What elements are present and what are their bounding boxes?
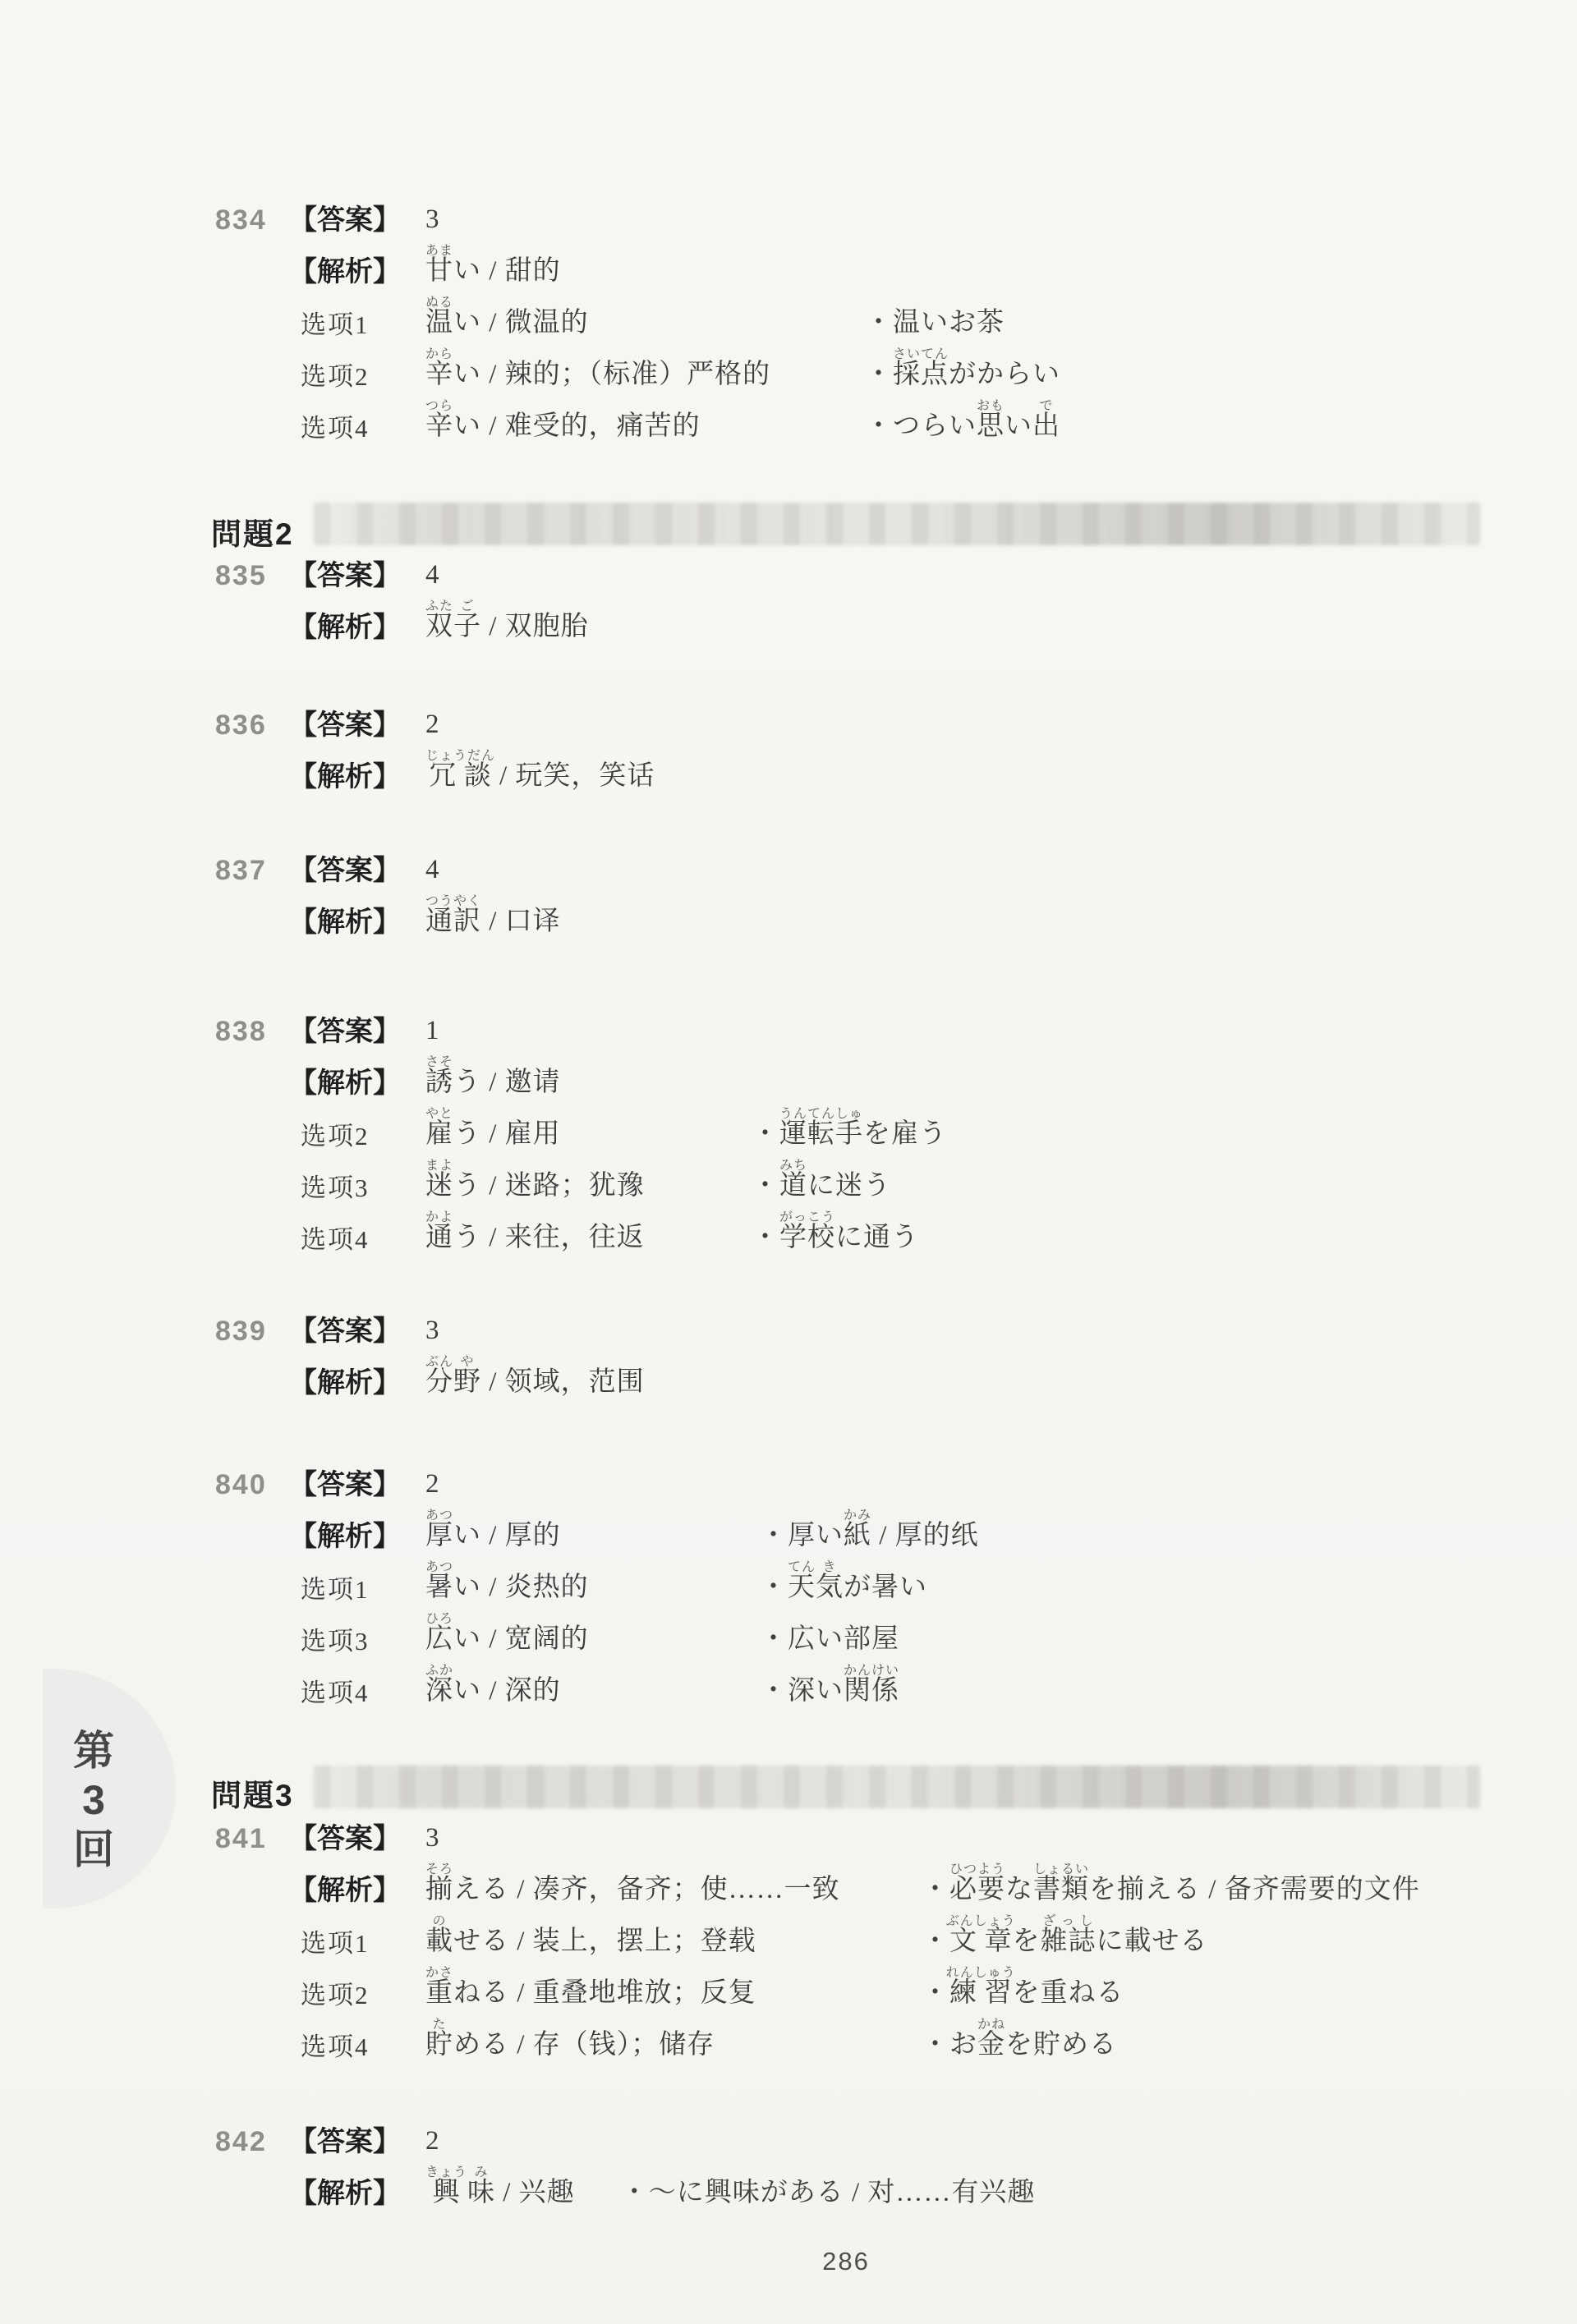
entry-number: 836 (215, 711, 289, 739)
answer-row: 840 【答案】 2 (215, 1464, 1570, 1499)
chapter-tab-char: 回 (73, 1828, 114, 1871)
example-text: ・練習れんしゅうを重ねる (922, 1966, 1124, 2008)
option-row: 选项4 深ふかい / 深的 ・深い関係かんけい (215, 1654, 1570, 1706)
show-through-band (314, 503, 1480, 545)
entry-number: 835 (215, 562, 289, 590)
option-text: 載のせる / 装上，摆上；登载 (425, 1914, 756, 1956)
option-text: 辛からい / 辣的；（标准）严格的 (425, 347, 770, 389)
section-title-mondai3: 問題3 (211, 1771, 294, 1815)
entry-837: 837 【答案】 4 【解析】 通訳つうやく / 口译 (215, 850, 1570, 936)
explain-label: 【解析】 (289, 258, 419, 286)
page-number: 286 (784, 2247, 908, 2276)
chapter-tab-char: 第 (73, 1729, 114, 1772)
answer-label: 【答案】 (289, 711, 419, 739)
explain-text: 分ぶん野や / 领域，范围 (425, 1355, 645, 1397)
entry-number: 840 (215, 1471, 289, 1499)
entry-number: 837 (215, 857, 289, 884)
explain-label: 【解析】 (289, 1069, 419, 1097)
option-text: 広ひろい / 宽阔的 (425, 1612, 589, 1654)
example-text: ・お金かねを貯める (922, 2018, 1117, 2060)
example-text: ・道みちに迷う (752, 1159, 891, 1201)
answer-value: 4 (425, 560, 440, 590)
option-label: 选项1 (289, 1577, 419, 1602)
option-label: 选项1 (289, 312, 419, 338)
option-label: 选项2 (289, 364, 419, 389)
entry-834: 834 【答案】 3 【解析】 甘あまい / 甜的 选项1 温ぬるい / 微温的… (215, 200, 1570, 441)
option-row: 选项3 広ひろい / 宽阔的 ・広い部屋 (215, 1602, 1570, 1654)
explain-text: 甘あまい / 甜的 (425, 244, 561, 286)
example-text: ・広い部屋 (760, 1624, 899, 1654)
answer-row: 841 【答案】 3 (215, 1818, 1570, 1853)
entry-number: 834 (215, 206, 289, 234)
option-label: 选项4 (289, 1227, 419, 1252)
answer-label: 【答案】 (289, 1017, 419, 1045)
explain-row: 【解析】 厚あつい / 厚的 ・厚い紙かみ / 厚的纸 (215, 1499, 1570, 1550)
option-row: 选项2 辛からい / 辣的；（标准）严格的 ・採点さいてんがからい (215, 338, 1570, 389)
option-text: 温ぬるい / 微温的 (425, 296, 589, 338)
explain-text: 誘さそう / 邀请 (425, 1055, 561, 1097)
option-text: 迷まよう / 迷路；犹豫 (425, 1159, 645, 1201)
entry-number: 841 (215, 1825, 289, 1853)
option-label: 选项4 (289, 416, 419, 441)
explain-row: 【解析】 誘さそう / 邀请 (215, 1045, 1570, 1097)
chapter-tab-char: 3 (82, 1779, 105, 1821)
option-label: 选项1 (289, 1931, 419, 1956)
option-row: 选项4 貯ためる / 存（钱）；储存 ・お金かねを貯める (215, 2008, 1570, 2060)
explain-row: 【解析】 分ぶん野や / 领域，范围 (215, 1345, 1570, 1397)
answer-row: 834 【答案】 3 (215, 200, 1570, 234)
option-row: 选项2 重かさねる / 重叠地堆放；反复 ・練習れんしゅうを重ねる (215, 1956, 1570, 2008)
option-text: 貯ためる / 存（钱）；储存 (425, 2018, 715, 2060)
answer-row: 837 【答案】 4 (215, 850, 1570, 884)
option-label: 选项2 (289, 1982, 419, 2008)
option-label: 选项4 (289, 2034, 419, 2060)
entry-number: 838 (215, 1017, 289, 1045)
explain-row: 【解析】 甘あまい / 甜的 (215, 234, 1570, 286)
option-row: 选项3 迷まよう / 迷路；犹豫 ・道みちに迷う (215, 1149, 1570, 1201)
explain-text: 通訳つうやく / 口译 (425, 894, 561, 936)
explain-label: 【解析】 (289, 1369, 419, 1397)
page-container: { "page": {"number": "286"}, "side_tab":… (0, 0, 1577, 2324)
answer-label: 【答案】 (289, 206, 419, 234)
example-text: ・運転手うんてんしゅを雇う (752, 1107, 947, 1149)
entry-836: 836 【答案】 2 【解析】 冗談じょうだん / 玩笑，笑话 (215, 705, 1570, 791)
example-text: ・深い関係かんけい (760, 1664, 899, 1706)
answer-value: 4 (425, 855, 440, 884)
explain-text: 興きょう味み / 兴趣 (425, 2166, 575, 2207)
chapter-tab-label: 第 3 回 (67, 1729, 120, 1871)
explain-text: 揃そろえる / 凑齐，备齐；使……一致 (425, 1862, 840, 1904)
answer-value: 1 (425, 1016, 440, 1045)
answer-label: 【答案】 (289, 562, 419, 590)
answer-label: 【答案】 (289, 857, 419, 884)
explain-text: 双ふた子ご / 双胞胎 (425, 599, 589, 641)
option-label: 选项3 (289, 1175, 419, 1201)
section-title-mondai2: 問題2 (211, 509, 294, 553)
explain-row: 【解析】 冗談じょうだん / 玩笑，笑话 (215, 739, 1570, 791)
answer-row: 838 【答案】 1 (215, 1011, 1570, 1045)
example-text: ・学校がっこうに通う (752, 1210, 919, 1252)
entry-839: 839 【答案】 3 【解析】 分ぶん野や / 领域，范围 (215, 1311, 1570, 1397)
example-text: ・必要ひつような書類しょるいを揃える / 备齐需要的文件 (922, 1862, 1420, 1904)
show-through-band (314, 1766, 1480, 1808)
option-label: 选项3 (289, 1628, 419, 1654)
option-text: 辛つらい / 难受的，痛苦的 (425, 399, 701, 441)
explain-row: 【解析】 興きょう味み / 兴趣 ・〜に興味がある / 对……有兴趣 (215, 2156, 1570, 2207)
option-label: 选项4 (289, 1680, 419, 1706)
entry-842: 842 【答案】 2 【解析】 興きょう味み / 兴趣 ・〜に興味がある / 对… (215, 2121, 1570, 2207)
option-text: 深ふかい / 深的 (425, 1664, 561, 1706)
answer-value: 2 (425, 2126, 440, 2156)
option-row: 选项1 暑あつい / 炎热的 ・天てん気きが暑い (215, 1550, 1570, 1602)
example-text: ・温いお茶 (865, 308, 1005, 338)
entry-840: 840 【答案】 2 【解析】 厚あつい / 厚的 ・厚い紙かみ / 厚的纸 选… (215, 1464, 1570, 1706)
option-row: 选项4 通かよう / 来往，往返 ・学校がっこうに通う (215, 1201, 1570, 1252)
entry-number: 839 (215, 1317, 289, 1345)
answer-value: 2 (425, 710, 440, 739)
example-text: ・厚い紙かみ / 厚的纸 (760, 1509, 979, 1550)
explain-label: 【解析】 (289, 613, 419, 641)
explain-label: 【解析】 (289, 1876, 419, 1904)
example-text: ・つらい思おもい出で (865, 399, 1060, 441)
option-text: 重かさねる / 重叠地堆放；反复 (425, 1966, 756, 2008)
answer-row: 835 【答案】 4 (215, 555, 1570, 590)
answer-label: 【答案】 (289, 1471, 419, 1499)
explain-row: 【解析】 双ふた子ご / 双胞胎 (215, 590, 1570, 641)
entry-835: 835 【答案】 4 【解析】 双ふた子ご / 双胞胎 (215, 555, 1570, 641)
answer-value: 2 (425, 1469, 440, 1499)
entry-841: 841 【答案】 3 【解析】 揃そろえる / 凑齐，备齐；使……一致 ・必要ひ… (215, 1818, 1570, 2060)
explain-text: 冗談じょうだん / 玩笑，笑话 (425, 749, 655, 791)
option-text: 通かよう / 来往，往返 (425, 1210, 645, 1252)
answer-value: 3 (425, 204, 440, 234)
answer-label: 【答案】 (289, 2128, 419, 2156)
answer-label: 【答案】 (289, 1317, 419, 1345)
answer-value: 3 (425, 1316, 440, 1345)
entry-number: 842 (215, 2128, 289, 2156)
answer-row: 836 【答案】 2 (215, 705, 1570, 739)
explain-row: 【解析】 揃そろえる / 凑齐，备齐；使……一致 ・必要ひつような書類しょるいを… (215, 1853, 1570, 1904)
option-row: 选项1 載のせる / 装上，摆上；登载 ・文章ぶんしょうを雑誌ざっしに載せる (215, 1904, 1570, 1956)
example-text: ・〜に興味がある / 对……有兴趣 (621, 2178, 1036, 2207)
answer-row: 842 【答案】 2 (215, 2121, 1570, 2156)
option-row: 选项2 雇やとう / 雇用 ・運転手うんてんしゅを雇う (215, 1097, 1570, 1149)
answer-value: 3 (425, 1823, 440, 1853)
explain-label: 【解析】 (289, 763, 419, 791)
option-row: 选项4 辛つらい / 难受的，痛苦的 ・つらい思おもい出で (215, 389, 1570, 441)
option-text: 暑あつい / 炎热的 (425, 1560, 589, 1602)
example-text: ・文章ぶんしょうを雑誌ざっしに載せる (922, 1914, 1208, 1956)
explain-text: 厚あつい / 厚的 (425, 1509, 561, 1550)
option-row: 选项1 温ぬるい / 微温的 ・温いお茶 (215, 286, 1570, 338)
option-text: 雇やとう / 雇用 (425, 1107, 561, 1149)
explain-row: 【解析】 通訳つうやく / 口译 (215, 884, 1570, 936)
explain-label: 【解析】 (289, 2179, 419, 2207)
example-text: ・天てん気きが暑い (760, 1560, 927, 1602)
answer-label: 【答案】 (289, 1825, 419, 1853)
answer-row: 839 【答案】 3 (215, 1311, 1570, 1345)
example-text: ・採点さいてんがからい (865, 347, 1060, 389)
explain-label: 【解析】 (289, 1523, 419, 1550)
entry-838: 838 【答案】 1 【解析】 誘さそう / 邀请 选项2 雇やとう / 雇用 … (215, 1011, 1570, 1252)
explain-label: 【解析】 (289, 908, 419, 936)
option-label: 选项2 (289, 1123, 419, 1149)
